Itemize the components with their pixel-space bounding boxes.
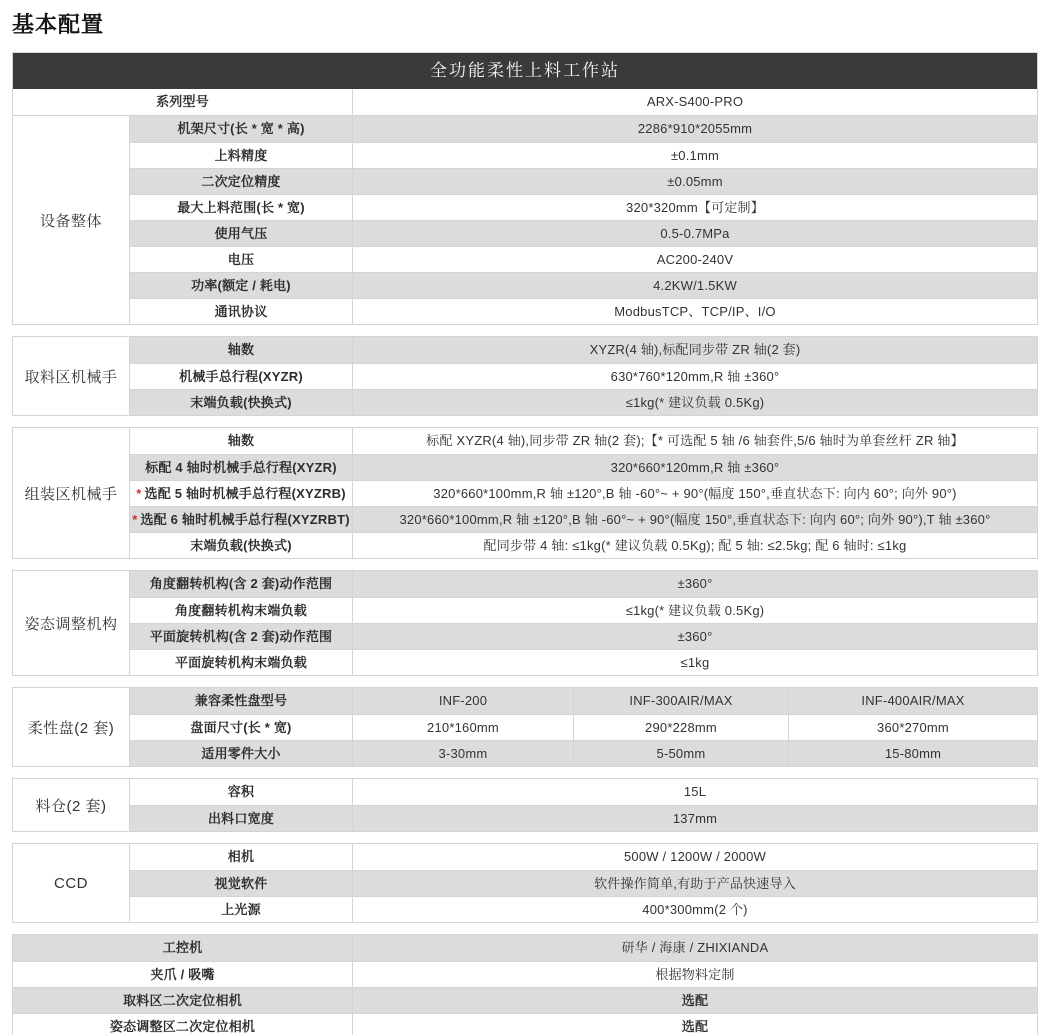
table-block: CCD相机500W / 1200W / 2000W视觉软件软件操作简单,有助于产… [12, 843, 1038, 923]
spec-value: 15-80mm [788, 740, 1037, 766]
section-category: 设备整体 [13, 116, 130, 324]
spec-label-text: 最大上料范围(长 * 宽) [177, 200, 305, 215]
spec-label-text: 选配 6 轴时机械手总行程(XYZRBT) [140, 512, 349, 527]
spec-label-text: 适用零件大小 [201, 746, 280, 761]
spec-label: 盘面尺寸(长 * 宽) [130, 714, 352, 740]
spec-label: 系列型号 [13, 89, 352, 115]
spec-label-text: 姿态调整区二次定位相机 [110, 1019, 255, 1034]
table-title: 全功能柔性上料工作站 [13, 53, 1037, 89]
spec-label: 轴数 [130, 337, 352, 363]
spec-label-text: 取料区二次定位相机 [123, 993, 242, 1008]
spec-value: ≤1kg [352, 649, 1037, 675]
spec-value: 320*660*100mm,R 轴 ±120°,B 轴 -60°~ + 90°(… [352, 506, 1037, 532]
spec-label: 兼容柔性盘型号 [130, 688, 352, 714]
section-category: CCD [13, 844, 130, 922]
spec-label-text: 角度翻转机构末端负载 [175, 603, 307, 618]
spec-label: 末端负载(快换式) [130, 389, 352, 415]
spec-value: 210*160mm [352, 714, 573, 740]
spec-label-text: 平面旋转机构(含 2 套)动作范围 [150, 629, 333, 644]
table-block: 料仓(2 套)容积15L出料口宽度137mm [12, 778, 1038, 832]
table-block: 取料区机械手轴数XYZR(4 轴),标配同步带 ZR 轴(2 套)机械手总行程(… [12, 336, 1038, 416]
spec-label: 角度翻转机构末端负载 [130, 597, 352, 623]
spec-label-text: 平面旋转机构末端负载 [175, 655, 307, 670]
spec-label-text: 功率(额定 / 耗电) [191, 278, 291, 293]
spec-value: 软件操作简单,有助于产品快速导入 [352, 870, 1037, 896]
spec-label: 取料区二次定位相机 [13, 987, 352, 1013]
spec-section: CCD相机500W / 1200W / 2000W视觉软件软件操作简单,有助于产… [13, 844, 1037, 922]
spec-label: 上光源 [130, 896, 352, 922]
spec-section: 料仓(2 套)容积15L出料口宽度137mm [13, 779, 1037, 831]
spec-label: 使用气压 [130, 220, 352, 246]
spec-value: ARX-S400-PRO [352, 89, 1037, 115]
spec-value: 选配 [352, 1013, 1037, 1035]
spec-label: 最大上料范围(长 * 宽) [130, 194, 352, 220]
page-title: 基本配置 [12, 8, 1038, 39]
spec-label: 上料精度 [130, 142, 352, 168]
spec-label: 出料口宽度 [130, 805, 352, 831]
spec-label: 功率(额定 / 耗电) [130, 272, 352, 298]
spec-value: ≤1kg(* 建议负载 0.5Kg) [352, 389, 1037, 415]
spec-label-text: 容积 [228, 784, 254, 799]
spec-label: 二次定位精度 [130, 168, 352, 194]
spec-label: 标配 4 轴时机械手总行程(XYZR) [130, 454, 352, 480]
spec-value: AC200-240V [352, 246, 1037, 272]
spec-value: 500W / 1200W / 2000W [352, 844, 1037, 870]
spec-label-text: 兼容柔性盘型号 [195, 693, 287, 708]
spec-value: ±0.05mm [352, 168, 1037, 194]
spec-label-text: 通讯协议 [215, 304, 268, 319]
spec-label: 机械手总行程(XYZR) [130, 363, 352, 389]
spec-label-text: 夹爪 / 吸嘴 [150, 967, 214, 982]
spec-label-text: 相机 [228, 849, 254, 864]
spec-value: 根据物料定制 [352, 961, 1037, 987]
spec-label-text: 工控机 [163, 940, 203, 955]
spec-value: 研华 / 海康 / ZHIXIANDA [352, 935, 1037, 961]
spec-section: 设备整体机架尺寸(长 * 宽 * 高)2286*910*2055mm上料精度±0… [13, 115, 1037, 324]
spec-value: ±360° [352, 571, 1037, 597]
section-category: 姿态调整机构 [13, 571, 130, 675]
spec-label: 工控机 [13, 935, 352, 961]
spec-label: 平面旋转机构末端负载 [130, 649, 352, 675]
section-category: 料仓(2 套) [13, 779, 130, 831]
spec-label: *选配 6 轴时机械手总行程(XYZRBT) [130, 506, 352, 532]
spec-label: *选配 5 轴时机械手总行程(XYZRB) [130, 480, 352, 506]
spec-value: INF-200 [352, 688, 573, 714]
spec-label: 夹爪 / 吸嘴 [13, 961, 352, 987]
spec-label-text: 二次定位精度 [201, 174, 280, 189]
spec-value: XYZR(4 轴),标配同步带 ZR 轴(2 套) [352, 337, 1037, 363]
spec-label-text: 轴数 [228, 342, 254, 357]
required-asterisk: * [136, 486, 141, 501]
spec-label: 角度翻转机构(含 2 套)动作范围 [130, 571, 352, 597]
spec-label: 通讯协议 [130, 298, 352, 324]
spec-label-text: 电压 [228, 252, 254, 267]
spec-label: 视觉软件 [130, 870, 352, 896]
spec-section: 柔性盘(2 套)兼容柔性盘型号INF-200INF-300AIR/MAXINF-… [13, 688, 1037, 766]
spec-label: 适用零件大小 [130, 740, 352, 766]
table-block: 组装区机械手轴数标配 XYZR(4 轴),同步带 ZR 轴(2 套);【* 可选… [12, 427, 1038, 559]
spec-label: 相机 [130, 844, 352, 870]
spec-value: INF-400AIR/MAX [788, 688, 1037, 714]
required-asterisk: * [132, 512, 137, 527]
table-block: 柔性盘(2 套)兼容柔性盘型号INF-200INF-300AIR/MAXINF-… [12, 687, 1038, 767]
spec-value: 2286*910*2055mm [352, 116, 1037, 142]
spec-section: 取料区机械手轴数XYZR(4 轴),标配同步带 ZR 轴(2 套)机械手总行程(… [13, 337, 1037, 415]
table-block: 全功能柔性上料工作站系列型号ARX-S400-PRO设备整体机架尺寸(长 * 宽… [12, 52, 1038, 325]
spec-value: 320*660*120mm,R 轴 ±360° [352, 454, 1037, 480]
spec-value: ±0.1mm [352, 142, 1037, 168]
spec-value: 400*300mm(2 个) [352, 896, 1037, 922]
spec-page: 基本配置 全功能柔性上料工作站系列型号ARX-S400-PRO设备整体机架尺寸(… [0, 0, 1050, 1035]
spec-label: 电压 [130, 246, 352, 272]
spec-label: 平面旋转机构(含 2 套)动作范围 [130, 623, 352, 649]
spec-value: ≤1kg(* 建议负载 0.5Kg) [352, 597, 1037, 623]
spec-value: 360*270mm [788, 714, 1037, 740]
spec-section: 工控机研华 / 海康 / ZHIXIANDA夹爪 / 吸嘴根据物料定制取料区二次… [13, 935, 1037, 1035]
spec-value: 3-30mm [352, 740, 573, 766]
spec-label-text: 选配 5 轴时机械手总行程(XYZRB) [145, 486, 346, 501]
spec-value: 290*228mm [573, 714, 788, 740]
spec-label-text: 系列型号 [156, 94, 209, 109]
spec-value: 标配 XYZR(4 轴),同步带 ZR 轴(2 套);【* 可选配 5 轴 /6… [352, 428, 1037, 454]
spec-value: 选配 [352, 987, 1037, 1013]
spec-label-text: 盘面尺寸(长 * 宽) [190, 720, 291, 735]
section-category: 取料区机械手 [13, 337, 130, 415]
spec-label: 姿态调整区二次定位相机 [13, 1013, 352, 1035]
spec-label-text: 视觉软件 [215, 876, 268, 891]
spec-label-text: 末端负载(快换式) [190, 395, 291, 410]
spec-label-text: 末端负载(快换式) [190, 538, 291, 553]
spec-value: 5-50mm [573, 740, 788, 766]
spec-label-text: 标配 4 轴时机械手总行程(XYZR) [145, 460, 337, 475]
table-block: 工控机研华 / 海康 / ZHIXIANDA夹爪 / 吸嘴根据物料定制取料区二次… [12, 934, 1038, 1035]
spec-section: 组装区机械手轴数标配 XYZR(4 轴),同步带 ZR 轴(2 套);【* 可选… [13, 428, 1037, 558]
spec-value: 0.5-0.7MPa [352, 220, 1037, 246]
spec-table: 全功能柔性上料工作站系列型号ARX-S400-PRO设备整体机架尺寸(长 * 宽… [12, 52, 1038, 1035]
spec-value: 15L [352, 779, 1037, 805]
spec-value: 320*660*100mm,R 轴 ±120°,B 轴 -60°~ + 90°(… [352, 480, 1037, 506]
section-category: 组装区机械手 [13, 428, 130, 558]
spec-value: 630*760*120mm,R 轴 ±360° [352, 363, 1037, 389]
spec-label-text: 轴数 [228, 433, 254, 448]
spec-label: 容积 [130, 779, 352, 805]
spec-label: 机架尺寸(长 * 宽 * 高) [130, 116, 352, 142]
spec-label-text: 机械手总行程(XYZR) [179, 369, 303, 384]
spec-label-text: 机架尺寸(长 * 宽 * 高) [177, 121, 304, 136]
spec-section: 姿态调整机构角度翻转机构(含 2 套)动作范围±360°角度翻转机构末端负载≤1… [13, 571, 1037, 675]
spec-value: INF-300AIR/MAX [573, 688, 788, 714]
spec-value: ModbusTCP、TCP/IP、I/O [352, 298, 1037, 324]
spec-label-text: 上光源 [221, 902, 261, 917]
spec-label-text: 角度翻转机构(含 2 套)动作范围 [150, 576, 333, 591]
spec-label-text: 出料口宽度 [208, 811, 274, 826]
spec-label-text: 使用气压 [215, 226, 268, 241]
spec-label: 末端负载(快换式) [130, 532, 352, 558]
spec-value: 137mm [352, 805, 1037, 831]
spec-value: ±360° [352, 623, 1037, 649]
table-block: 姿态调整机构角度翻转机构(含 2 套)动作范围±360°角度翻转机构末端负载≤1… [12, 570, 1038, 676]
spec-label-text: 上料精度 [215, 148, 268, 163]
spec-value: 配同步带 4 轴: ≤1kg(* 建议负载 0.5Kg); 配 5 轴: ≤2.… [352, 532, 1037, 558]
section-category: 柔性盘(2 套) [13, 688, 130, 766]
spec-label: 轴数 [130, 428, 352, 454]
spec-value: 320*320mm【可定制】 [352, 194, 1037, 220]
spec-value: 4.2KW/1.5KW [352, 272, 1037, 298]
spec-section: 系列型号ARX-S400-PRO [13, 89, 1037, 115]
